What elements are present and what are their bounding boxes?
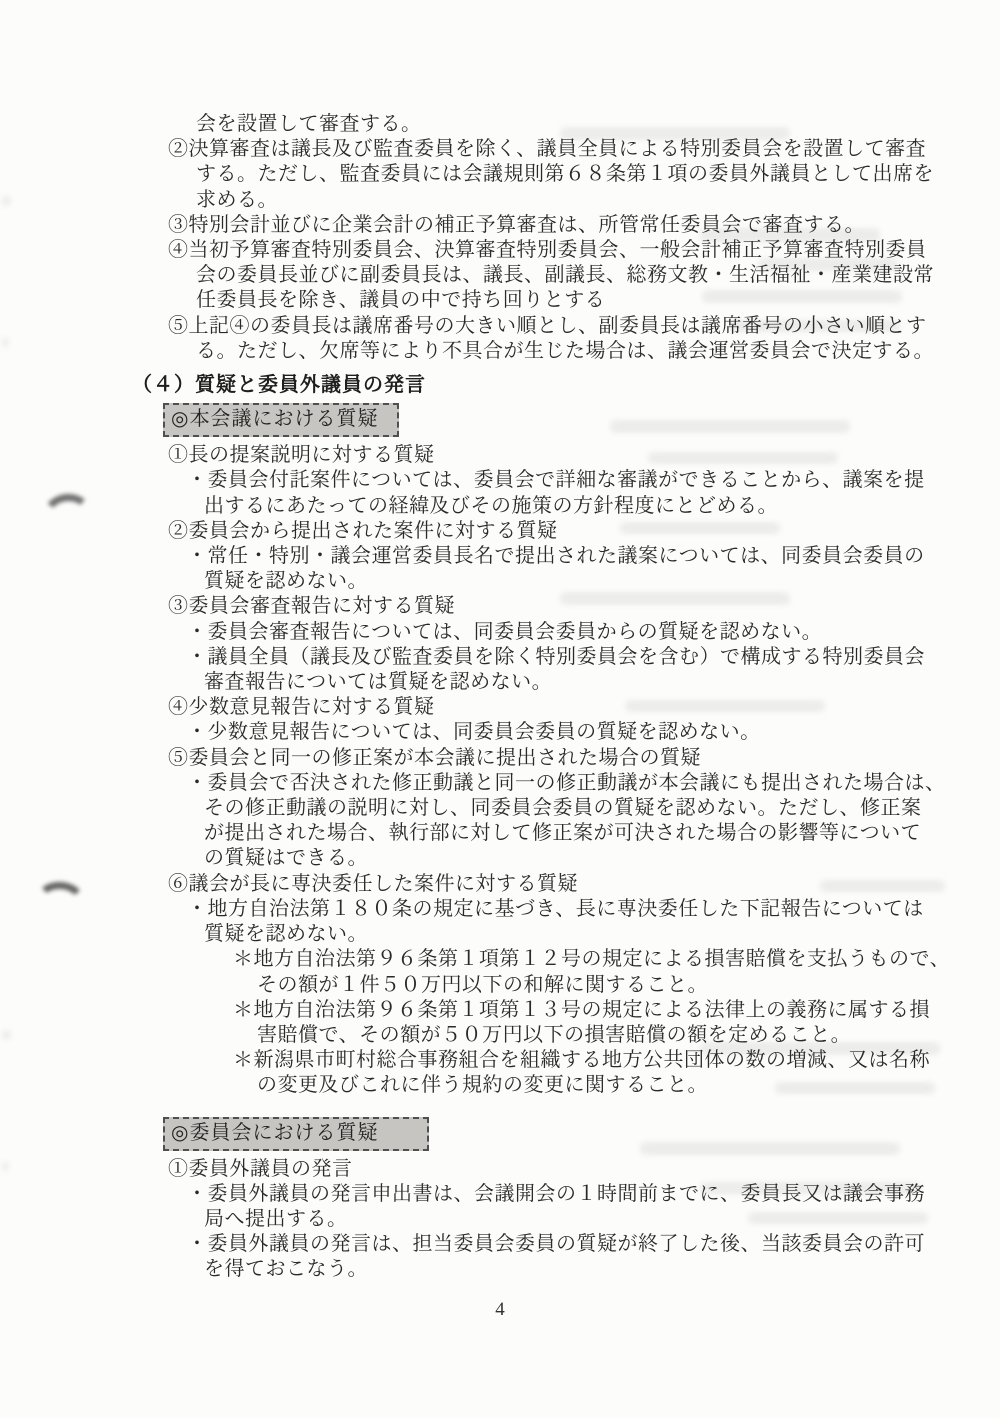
scanned-document-page: 会を設置して審査する。②決算審査は議長及び監査委員を除く、議員全員による特別委員…: [0, 0, 1000, 1418]
box-header: ◎本会議における質疑: [163, 403, 399, 437]
text-line: ⑤委員会と同一の修正案が本会議に提出された場合の質疑: [0, 746, 1000, 771]
text-line: ②決算審査は議長及び監査委員を除く、議員全員による特別委員会を設置して審査: [0, 137, 1000, 162]
text-line: ①長の提案説明に対する質疑: [0, 443, 1000, 468]
text-line: 質疑を認めない。: [0, 569, 1000, 594]
text-line: 任委員長を除き、議員の中で持ち回りとする: [0, 288, 1000, 313]
text-line: ＊地方自治法第９６条第１項第１２号の規定による損害賠償を支払うもので、: [0, 947, 1000, 972]
text-line: ⑥議会が長に専決委任した案件に対する質疑: [0, 872, 1000, 897]
text-line: ・委員会で否決された修正動議と同一の修正動議が本会議にも提出された場合は、: [0, 771, 1000, 796]
text-line: を得ておこなう。: [0, 1257, 1000, 1282]
text-line: ①委員外議員の発言: [0, 1157, 1000, 1182]
text-line: の変更及びこれに伴う規約の変更に関すること。: [0, 1073, 1000, 1098]
text-line: 会を設置して審査する。: [0, 112, 1000, 137]
text-line: 会の委員長並びに副委員長は、議長、副議長、総務文教・生活福祉・産業建設常: [0, 263, 1000, 288]
text-line: ・委員外議員の発言は、担当委員会委員の質疑が終了した後、当該委員会の許可: [0, 1232, 1000, 1257]
text-line: ・少数意見報告については、同委員会委員の質疑を認めない。: [0, 720, 1000, 745]
section-header: （４）質疑と委員外議員の発言: [0, 373, 1000, 398]
text-line: 審査報告については質疑を認めない。: [0, 670, 1000, 695]
text-line: ・委員外議員の発言申出書は、会議開会の１時間前までに、委員長又は議会事務: [0, 1182, 1000, 1207]
text-line: ④少数意見報告に対する質疑: [0, 695, 1000, 720]
text-line: が提出された場合、執行部に対して修正案が可決された場合の影響等について: [0, 821, 1000, 846]
text-line: 害賠償で、その額が５０万円以下の損害賠償の額を定めること。: [0, 1023, 1000, 1048]
page-number: 4: [0, 1299, 1000, 1321]
text-line: ・議員全員（議長及び監査委員を除く特別委員会を含む）で構成する特別委員会: [0, 645, 1000, 670]
text-line: 局へ提出する。: [0, 1207, 1000, 1232]
text-line: ③特別会計並びに企業会計の補正予算審査は、所管常任委員会で審査する。: [0, 213, 1000, 238]
text-line: ＊新潟県市町村総合事務組合を組織する地方公共団体の数の増減、又は名称: [0, 1048, 1000, 1073]
text-line: ＊地方自治法第９６条第１項第１３号の規定による法律上の義務に属する損: [0, 998, 1000, 1023]
text-line: ③委員会審査報告に対する質疑: [0, 594, 1000, 619]
text-line: する。ただし、監査委員には会議規則第６８条第１項の委員外議員として出席を: [0, 162, 1000, 187]
text-line: の質疑はできる。: [0, 846, 1000, 871]
text-line: ・委員会審査報告については、同委員会委員からの質疑を認めない。: [0, 620, 1000, 645]
box-header: ◎委員会における質疑: [163, 1117, 429, 1151]
text-line: る。ただし、欠席等により不具合が生じた場合は、議会運営委員会で決定する。: [0, 339, 1000, 364]
text-line: その額が１件５０万円以下の和解に関すること。: [0, 973, 1000, 998]
text-line: ⑤上記④の委員長は議席番号の大きい順とし、副委員長は議席番号の小さい順とす: [0, 314, 1000, 339]
document-body: 会を設置して審査する。②決算審査は議長及び監査委員を除く、議員全員による特別委員…: [0, 112, 1000, 1321]
text-line: ・地方自治法第１８０条の規定に基づき、長に専決委任した下記報告については: [0, 897, 1000, 922]
text-line: ・委員会付託案件については、委員会で詳細な審議ができることから、議案を提: [0, 468, 1000, 493]
text-line: ④当初予算審査特別委員会、決算審査特別委員会、一般会計補正予算審査特別委員: [0, 238, 1000, 263]
text-line: その修正動議の説明に対し、同委員会委員の質疑を認めない。ただし、修正案: [0, 796, 1000, 821]
text-line: 求める。: [0, 188, 1000, 213]
text-line: ・常任・特別・議会運営委員長名で提出された議案については、同委員会委員の: [0, 544, 1000, 569]
text-line: ②委員会から提出された案件に対する質疑: [0, 519, 1000, 544]
text-line: 出するにあたっての経緯及びその施策の方針程度にとどめる。: [0, 494, 1000, 519]
text-line: 質疑を認めない。: [0, 922, 1000, 947]
